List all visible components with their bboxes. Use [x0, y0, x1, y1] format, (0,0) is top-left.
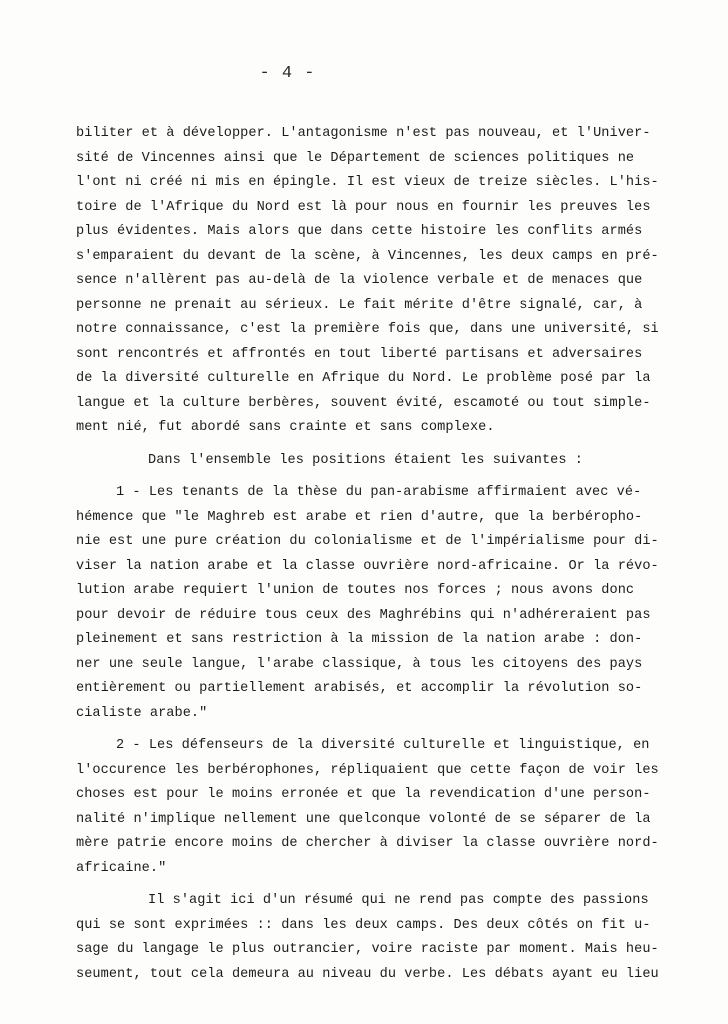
text-line: seument, tout cela demeura au niveau du … — [76, 963, 696, 988]
text-line: 1 - Les tenants de la thèse du pan-arabi… — [76, 481, 696, 506]
text-line: qui se sont exprimées :: dans les deux c… — [76, 914, 696, 939]
text-line: hémence que "le Maghreb est arabe et rie… — [76, 506, 696, 531]
paragraph-positions-intro: Dans l'ensemble les positions étaient le… — [76, 449, 696, 474]
body-text: biliter et à développer. L'antagonisme n… — [76, 122, 696, 995]
page-number: - 4 - — [0, 64, 575, 83]
paragraph-intro: biliter et à développer. L'antagonisme n… — [76, 122, 696, 441]
text-line: sité de Vincennes ainsi que le Départeme… — [76, 147, 696, 172]
text-line: pleinement et sans restriction à la miss… — [76, 628, 696, 653]
text-line: Il s'agit ici d'un résumé qui ne rend pa… — [76, 889, 696, 914]
text-line: s'emparaient du devant de la scène, à Vi… — [76, 245, 696, 270]
paragraph-position-1: 1 - Les tenants de la thèse du pan-arabi… — [76, 481, 696, 726]
document-page: - 4 - biliter et à développer. L'antagon… — [0, 0, 728, 1024]
text-line: toire de l'Afrique du Nord est là pour n… — [76, 196, 696, 221]
text-line: plus évidentes. Mais alors que dans cett… — [76, 220, 696, 245]
text-line: l'occurence les berbérophones, répliquai… — [76, 759, 696, 784]
text-line: notre connaissance, c'est la première fo… — [76, 318, 696, 343]
text-line: Dans l'ensemble les positions étaient le… — [76, 449, 696, 474]
text-line: lution arabe requiert l'union de toutes … — [76, 579, 696, 604]
text-line: entièrement ou partiellement arabisés, e… — [76, 677, 696, 702]
text-line: personne ne prenait au sérieux. Le fait … — [76, 294, 696, 319]
text-line: 2 - Les défenseurs de la diversité cultu… — [76, 734, 696, 759]
paragraph-summary: Il s'agit ici d'un résumé qui ne rend pa… — [76, 889, 696, 987]
text-line: ner une seule langue, l'arabe classique,… — [76, 653, 696, 678]
text-line: ment nié, fut abordé sans crainte et san… — [76, 416, 696, 441]
text-line: sence n'allèrent pas au-delà de la viole… — [76, 269, 696, 294]
text-line: sont rencontrés et affrontés en tout lib… — [76, 343, 696, 368]
text-line: nalité n'implique nellement une quelconq… — [76, 808, 696, 833]
text-line: de la diversité culturelle en Afrique du… — [76, 367, 696, 392]
text-line: cialiste arabe." — [76, 702, 696, 727]
text-line: nie est une pure création du colonialism… — [76, 530, 696, 555]
text-line: choses est pour le moins erronée et que … — [76, 783, 696, 808]
text-line: biliter et à développer. L'antagonisme n… — [76, 122, 696, 147]
text-line: viser la nation arabe et la classe ouvri… — [76, 555, 696, 580]
text-line: sage du langage le plus outrancier, voir… — [76, 938, 696, 963]
text-line: africaine." — [76, 857, 696, 882]
paragraph-position-2: 2 - Les défenseurs de la diversité cultu… — [76, 734, 696, 881]
text-line: l'ont ni créé ni mis en épingle. Il est … — [76, 171, 696, 196]
text-line: mère patrie encore moins de chercher à d… — [76, 832, 696, 857]
text-line: langue et la culture berbères, souvent é… — [76, 392, 696, 417]
text-line: pour devoir de réduire tous ceux des Mag… — [76, 604, 696, 629]
